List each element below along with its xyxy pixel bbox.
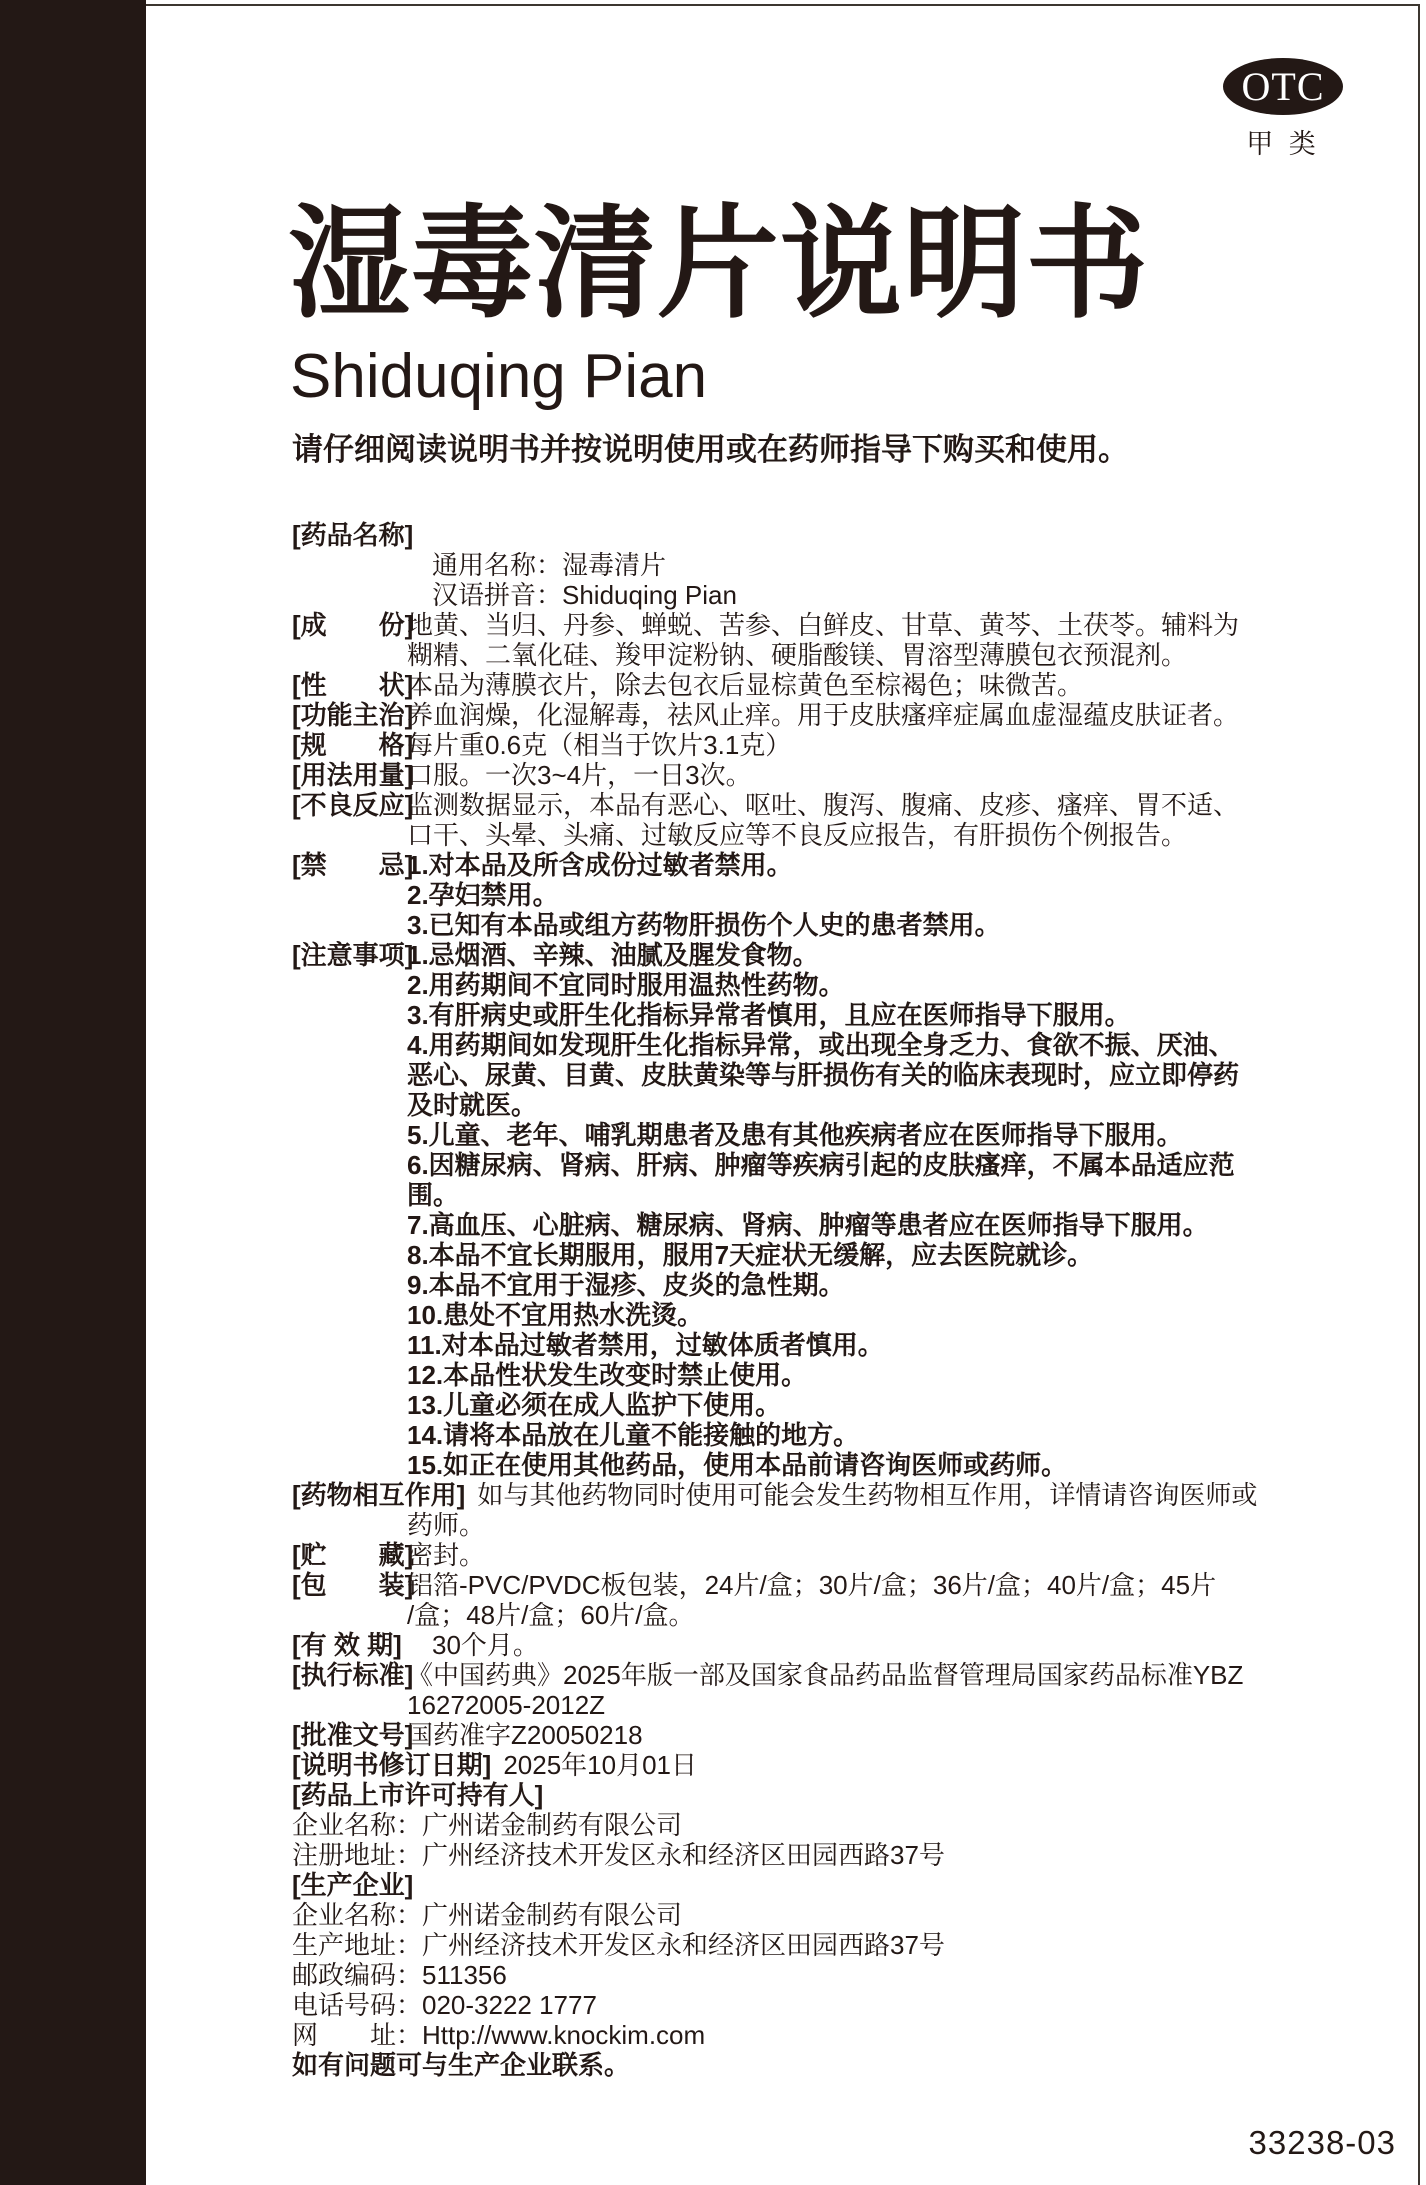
section-label: [性 状] (292, 670, 413, 700)
row-text: 通用名称：湿毒清片 (432, 550, 1372, 580)
text-row: 企业名称：广州诺金制药有限公司 (292, 1810, 1372, 1840)
text-row: 2.用药期间不宜同时服用温热性药物。 (292, 970, 1372, 1000)
text-row: [规 格]每片重0.6克（相当于饮片3.1克） (292, 730, 1372, 760)
usage-notice: 请仔细阅读说明书并按说明使用或在药师指导下购买和使用。 (292, 424, 1129, 469)
text-row: 电话号码：020-3222 1777 (292, 1990, 1372, 2020)
footer-code: 33238-03 (1240, 2124, 1396, 2162)
section-label: [功能主治] (292, 700, 413, 730)
text-row: 口干、头晕、头痛、过敏反应等不良反应报告，有肝损伤个例报告。 (292, 820, 1372, 850)
section-label: [规 格] (292, 730, 413, 760)
text-row: 通用名称：湿毒清片 (292, 550, 1372, 580)
row-text: 铝箔-PVC/PVDC板包装，24片/盒；30片/盒；36片/盒；40片/盒；4… (407, 1570, 1372, 1600)
row-text: 口干、头晕、头痛、过敏反应等不良反应报告，有肝损伤个例报告。 (407, 820, 1372, 850)
row-text: 30个月。 (432, 1630, 1372, 1660)
section-label: [批准文号] (292, 1720, 413, 1750)
text-row: 16272005-2012Z (292, 1690, 1372, 1720)
text-row: 生产地址：广州经济技术开发区永和经济区田园西路37号 (292, 1930, 1372, 1960)
text-row: [有 效 期]30个月。 (292, 1630, 1372, 1660)
section-label: [贮 藏] (292, 1540, 413, 1570)
row-text: 3.已知有本品或组方药物肝损伤个人史的患者禁用。 (407, 910, 1372, 940)
row-text: 13.儿童必须在成人监护下使用。 (407, 1390, 1372, 1420)
row-text: 16272005-2012Z (407, 1690, 1372, 1720)
text-row: [贮 藏]密封。 (292, 1540, 1372, 1570)
text-row: 10.患处不宜用热水洗烫。 (292, 1300, 1372, 1330)
row-text: /盒；48片/盒；60片/盒。 (407, 1600, 1372, 1630)
text-row: 9.本品不宜用于湿疹、皮炎的急性期。 (292, 1270, 1372, 1300)
text-row: 如有问题可与生产企业联系。 (292, 2050, 1372, 2080)
row-text: 4.用药期间如发现肝生化指标异常，或出现全身乏力、食欲不振、厌油、 (407, 1030, 1372, 1060)
text-row: 3.有肝病史或肝生化指标异常者慎用，且应在医师指导下服用。 (292, 1000, 1372, 1030)
section-label: [药品名称] (292, 520, 413, 550)
row-text: 本品为薄膜衣片，除去包衣后显棕黄色至棕褐色；味微苦。 (407, 670, 1372, 700)
pinyin-title: Shiduqing Pian (290, 346, 707, 408)
text-row: 2.孕妇禁用。 (292, 880, 1372, 910)
text-row: [用法用量]口服。一次3~4片，一日3次。 (292, 760, 1372, 790)
text-row: [性 状]本品为薄膜衣片，除去包衣后显棕黄色至棕褐色；味微苦。 (292, 670, 1372, 700)
text-row: 网 址：Http://www.knockim.com (292, 2020, 1372, 2050)
row-text: 企业名称：广州诺金制药有限公司 (292, 1900, 1372, 1930)
text-row: [药物相互作用]如与其他药物同时使用可能会发生药物相互作用，详情请咨询医师或 (292, 1480, 1372, 1510)
text-row: 14.请将本品放在儿童不能接触的地方。 (292, 1420, 1372, 1450)
row-text: 14.请将本品放在儿童不能接触的地方。 (407, 1420, 1372, 1450)
row-text: 生产地址：广州经济技术开发区永和经济区田园西路37号 (292, 1930, 1372, 1960)
row-text: 及时就医。 (407, 1090, 1372, 1120)
row-text: 2.用药期间不宜同时服用温热性药物。 (407, 970, 1372, 1000)
section-label: [禁 忌] (292, 850, 413, 880)
section-label: [包 装] (292, 1570, 413, 1600)
text-row: 15.如正在使用其他药品，使用本品前请咨询医师或药师。 (292, 1450, 1372, 1480)
section-label: [注意事项] (292, 940, 413, 970)
text-row: 注册地址：广州经济技术开发区永和经济区田园西路37号 (292, 1840, 1372, 1870)
section-label: [用法用量] (292, 760, 413, 790)
row-text: 企业名称：广州诺金制药有限公司 (292, 1810, 1372, 1840)
row-text: 每片重0.6克（相当于饮片3.1克） (407, 730, 1372, 760)
document-body: [药品名称]通用名称：湿毒清片汉语拼音：Shiduqing Pian[成 份]地… (292, 520, 1372, 2080)
text-row: [包 装]铝箔-PVC/PVDC板包装，24片/盒；30片/盒；36片/盒；40… (292, 1570, 1372, 1600)
row-text: 如与其他药物同时使用可能会发生药物相互作用，详情请咨询医师或 (477, 1480, 1257, 1510)
row-text: 15.如正在使用其他药品，使用本品前请咨询医师或药师。 (407, 1450, 1372, 1480)
text-row: [不良反应]监测数据显示，本品有恶心、呕吐、腹泻、腹痛、皮疹、瘙痒、胃不适、 (292, 790, 1372, 820)
row-text: 12.本品性状发生改变时禁止使用。 (407, 1360, 1372, 1390)
row-text: 恶心、尿黄、目黄、皮肤黄染等与肝损伤有关的临床表现时，应立即停药 (407, 1060, 1372, 1090)
row-text: 7.高血压、心脏病、糖尿病、肾病、肿瘤等患者应在医师指导下服用。 (407, 1210, 1372, 1240)
text-row: 药师。 (292, 1510, 1372, 1540)
section-label: [执行标准] (292, 1660, 413, 1690)
row-text: 10.患处不宜用热水洗烫。 (407, 1300, 1372, 1330)
row-text: 汉语拼音：Shiduqing Pian (432, 580, 1372, 610)
text-row: [注意事项]1.忌烟酒、辛辣、油腻及腥发食物。 (292, 940, 1372, 970)
row-text: 养血润燥，化湿解毒，祛风止痒。用于皮肤瘙痒症属血虚湿蕴皮肤证者。 (407, 700, 1372, 730)
otc-badge-text: OTC (1242, 63, 1325, 110)
row-text: 网 址：Http://www.knockim.com (292, 2020, 1372, 2050)
row-text: 1.对本品及所含成份过敏者禁用。 (407, 850, 1372, 880)
row-text: 如有问题可与生产企业联系。 (292, 2050, 1372, 2080)
text-row: 13.儿童必须在成人监护下使用。 (292, 1390, 1372, 1420)
text-row: [生产企业] (292, 1870, 1372, 1900)
row-text: 6.因糖尿病、肾病、肝病、肿瘤等疾病引起的皮肤瘙痒，不属本品适应范 (407, 1150, 1372, 1180)
row-text: 5.儿童、老年、哺乳期患者及患有其他疾病者应在医师指导下服用。 (407, 1120, 1372, 1150)
row-text: 3.有肝病史或肝生化指标异常者慎用，且应在医师指导下服用。 (407, 1000, 1372, 1030)
text-row: [说明书修订日期]2025年10月01日 (292, 1750, 1372, 1780)
text-row: 5.儿童、老年、哺乳期患者及患有其他疾病者应在医师指导下服用。 (292, 1120, 1372, 1150)
row-text: 糊精、二氧化硅、羧甲淀粉钠、硬脂酸镁、胃溶型薄膜包衣预混剂。 (407, 640, 1372, 670)
section-label: [说明书修订日期] (292, 1750, 491, 1780)
row-text: 2.孕妇禁用。 (407, 880, 1372, 910)
row-text: 口服。一次3~4片，一日3次。 (407, 760, 1372, 790)
text-row: [药品上市许可持有人] (292, 1780, 1372, 1810)
text-row: 汉语拼音：Shiduqing Pian (292, 580, 1372, 610)
text-row: 4.用药期间如发现肝生化指标异常，或出现全身乏力、食欲不振、厌油、 (292, 1030, 1372, 1060)
text-row: 12.本品性状发生改变时禁止使用。 (292, 1360, 1372, 1390)
text-row: 7.高血压、心脏病、糖尿病、肾病、肿瘤等患者应在医师指导下服用。 (292, 1210, 1372, 1240)
text-row: 11.对本品过敏者禁用，过敏体质者慎用。 (292, 1330, 1372, 1360)
section-label: [生产企业] (292, 1870, 413, 1900)
row-text: 国药准字Z20050218 (407, 1720, 1372, 1750)
row-text: 1.忌烟酒、辛辣、油腻及腥发食物。 (407, 940, 1372, 970)
text-row: [执行标准]《中国药典》2025年版一部及国家食品药品监督管理局国家药品标准YB… (292, 1660, 1372, 1690)
otc-class-label: 甲 类 (1218, 122, 1348, 161)
row-text: 8.本品不宜长期服用，服用7天症状无缓解，应去医院就诊。 (407, 1240, 1372, 1270)
section-label: [药物相互作用] (292, 1480, 465, 1510)
section-label: [药品上市许可持有人] (292, 1780, 543, 1810)
text-row: 8.本品不宜长期服用，服用7天症状无缓解，应去医院就诊。 (292, 1240, 1372, 1270)
row-text: 药师。 (407, 1510, 1372, 1540)
row-text: 监测数据显示，本品有恶心、呕吐、腹泻、腹痛、皮疹、瘙痒、胃不适、 (407, 790, 1372, 820)
section-label: [不良反应] (292, 790, 413, 820)
row-text: 9.本品不宜用于湿疹、皮炎的急性期。 (407, 1270, 1372, 1300)
text-row: [批准文号]国药准字Z20050218 (292, 1720, 1372, 1750)
text-row: 3.已知有本品或组方药物肝损伤个人史的患者禁用。 (292, 910, 1372, 940)
text-row: 及时就医。 (292, 1090, 1372, 1120)
text-row: /盒；48片/盒；60片/盒。 (292, 1600, 1372, 1630)
text-row: [功能主治]养血润燥，化湿解毒，祛风止痒。用于皮肤瘙痒症属血虚湿蕴皮肤证者。 (292, 700, 1372, 730)
leaflet-page: OTC 甲 类 湿毒清片说明书 Shiduqing Pian 请仔细阅读说明书并… (0, 0, 1426, 2185)
text-row: 6.因糖尿病、肾病、肝病、肿瘤等疾病引起的皮肤瘙痒，不属本品适应范 (292, 1150, 1372, 1180)
row-text: 电话号码：020-3222 1777 (292, 1990, 1372, 2020)
row-text: 11.对本品过敏者禁用，过敏体质者慎用。 (407, 1330, 1372, 1360)
text-row: 恶心、尿黄、目黄、皮肤黄染等与肝损伤有关的临床表现时，应立即停药 (292, 1060, 1372, 1090)
row-text: 《中国药典》2025年版一部及国家食品药品监督管理局国家药品标准YBZ (407, 1660, 1372, 1690)
otc-badge: OTC (1223, 58, 1343, 115)
row-text: 密封。 (407, 1540, 1372, 1570)
page-title: 湿毒清片说明书 (288, 203, 1149, 325)
row-text: 2025年10月01日 (503, 1750, 697, 1780)
text-row: 糊精、二氧化硅、羧甲淀粉钠、硬脂酸镁、胃溶型薄膜包衣预混剂。 (292, 640, 1372, 670)
row-text: 邮政编码：511356 (292, 1960, 1372, 1990)
text-row: [禁 忌]1.对本品及所含成份过敏者禁用。 (292, 850, 1372, 880)
text-row: [成 份]地黄、当归、丹参、蝉蜕、苦参、白鲜皮、甘草、黄芩、土茯苓。辅料为 (292, 610, 1372, 640)
section-label: [有 效 期] (292, 1630, 402, 1660)
left-black-bar (0, 0, 146, 2185)
text-row: 企业名称：广州诺金制药有限公司 (292, 1900, 1372, 1930)
text-row: 邮政编码：511356 (292, 1960, 1372, 1990)
section-label: [成 份] (292, 610, 413, 640)
text-row: [药品名称] (292, 520, 1372, 550)
row-text: 围。 (407, 1180, 1372, 1210)
text-row: 围。 (292, 1180, 1372, 1210)
row-text: 注册地址：广州经济技术开发区永和经济区田园西路37号 (292, 1840, 1372, 1870)
row-text: 地黄、当归、丹参、蝉蜕、苦参、白鲜皮、甘草、黄芩、土茯苓。辅料为 (407, 610, 1372, 640)
